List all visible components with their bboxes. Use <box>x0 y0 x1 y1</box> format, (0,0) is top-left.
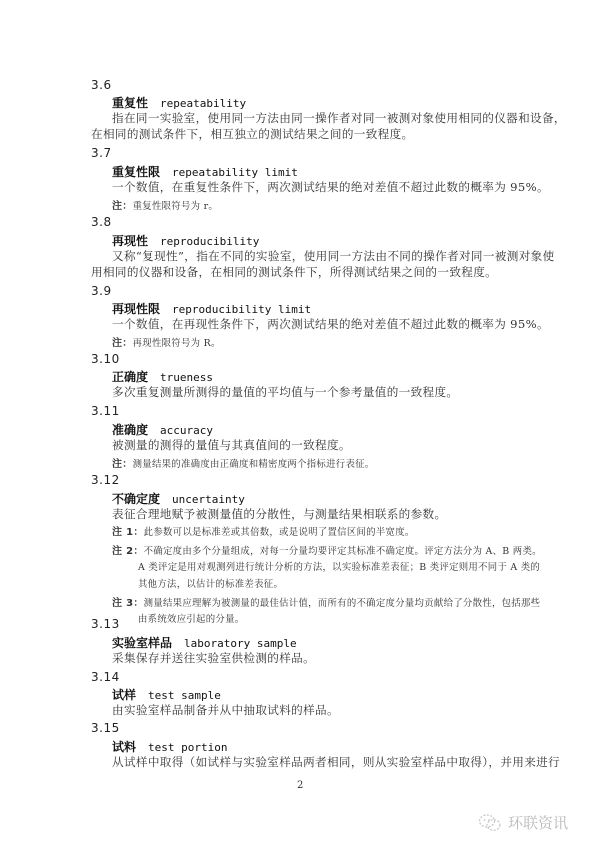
section-number: 3.8 <box>91 215 112 229</box>
note-text: 再现性限符号为 R。 <box>133 338 221 349</box>
term-heading: 正确度trueness <box>112 368 213 385</box>
term-heading: 准确度accuracy <box>112 421 213 438</box>
note-continuation: 由系统效应引起的分量。 <box>138 611 244 625</box>
page-number: 2 <box>297 780 303 791</box>
definition-line: 又称“复现性”，指在不同的实验室，使用同一方法由不同的操作者对同一被测对象使 <box>112 248 555 264</box>
wechat-icon <box>478 814 502 832</box>
term-en: trueness <box>160 371 213 384</box>
term-zh: 再现性限 <box>112 302 160 316</box>
definition-line: 从试样中取得（如试样与实验室样品两者相同，则从实验室样品中取得），并用来进行 <box>112 754 560 770</box>
term-en: uncertainty <box>172 493 245 506</box>
note: 注：测量结果的准确度由正确度和精密度两个指标进行表征。 <box>112 455 375 470</box>
note-continuation: A 类评定是用对观测列进行统计分析的方法，以实验标准差表征；B 类评定则用不同于… <box>138 559 540 573</box>
note-label: 注 1： <box>112 527 144 538</box>
note-label: 注 3： <box>112 598 144 609</box>
term-en: reproducibility <box>160 235 259 248</box>
definition-line: 指在同一实验室，使用同一方法由同一操作者对同一被测对象使用相同的仪器和设备， <box>112 110 566 126</box>
section-number: 3.7 <box>91 146 112 160</box>
term-heading: 试样test sample <box>112 686 221 703</box>
document-page: 3.6 重复性repeatability 指在同一实验室，使用同一方法由同一操作… <box>0 0 600 848</box>
section-number: 3.10 <box>91 352 120 366</box>
term-en: repeatability <box>160 97 246 110</box>
section-number: 3.15 <box>91 721 120 735</box>
note-continuation: 其他方法，以估计的标准差表征。 <box>138 576 283 590</box>
definition-line: 一个数值，在再现性条件下，两次测试结果的绝对差值不超过此数的概率为 95%。 <box>112 316 549 332</box>
section-number: 3.13 <box>91 617 120 631</box>
section-number: 3.9 <box>91 284 112 298</box>
definition-line: 采集保存并送往实验室供检测的样品。 <box>112 650 315 666</box>
term-zh: 试料 <box>112 740 136 754</box>
definition-line: 表征合理地赋予被测量值的分散性，与测量结果相联系的参数。 <box>112 506 446 522</box>
term-heading: 重复性repeatability <box>112 94 246 111</box>
note-text: 不确定度由多个分量组成，对每一分量均要评定其标准不确定度。评定方法分为 A、B … <box>144 546 542 557</box>
term-heading: 试料test portion <box>112 738 228 755</box>
note-label: 注： <box>112 459 133 470</box>
note-text: 测量结果应理解为被测量的最佳估计值，而所有的不确定度分量均贡献给了分散性，包括那… <box>144 598 541 609</box>
section-number: 3.12 <box>91 473 120 487</box>
note-text: 测量结果的准确度由正确度和精密度两个指标进行表征。 <box>133 459 375 470</box>
note-text: 重复性限符号为 r。 <box>133 201 218 212</box>
note: 注 3：测量结果应理解为被测量的最佳估计值，而所有的不确定度分量均贡献给了分散性… <box>112 594 540 609</box>
term-zh: 不确定度 <box>112 492 160 506</box>
term-en: test portion <box>148 741 227 754</box>
term-zh: 再现性 <box>112 234 148 248</box>
definition-line: 在相同的测试条件下，相互独立的测试结果之间的一致程度。 <box>91 126 413 142</box>
section-number: 3.14 <box>91 670 120 684</box>
definition-line: 用相同的仪器和设备，在相同的测试条件下，所得测试结果之间的一致程度。 <box>91 264 497 280</box>
note: 注：重复性限符号为 r。 <box>112 197 218 212</box>
note-label: 注 2： <box>112 546 144 557</box>
note-label: 注： <box>112 201 133 212</box>
term-en: laboratory sample <box>184 637 297 650</box>
term-heading: 再现性reproducibility <box>112 232 259 249</box>
term-en: test sample <box>148 689 221 702</box>
term-en: accuracy <box>160 424 213 437</box>
term-zh: 重复性 <box>112 96 148 110</box>
term-zh: 准确度 <box>112 423 148 437</box>
definition-line: 一个数值，在重复性条件下，两次测试结果的绝对差值不超过此数的概率为 95%。 <box>112 179 549 195</box>
term-zh: 正确度 <box>112 370 148 384</box>
watermark-text: 环联资讯 <box>508 812 568 833</box>
note-text: 此参数可以是标准差或其倍数，或是说明了置信区间的半宽度。 <box>144 527 415 538</box>
term-heading: 重复性限repeatability limit <box>112 163 298 180</box>
note: 注 1：此参数可以是标准差或其倍数，或是说明了置信区间的半宽度。 <box>112 523 415 538</box>
term-heading: 实验室样品laboratory sample <box>112 634 297 651</box>
definition-line: 多次重复测量所测得的量值的平均值与一个参考量值的一致程度。 <box>112 384 458 400</box>
definition-line: 由实验室样品制备并从中抽取试料的样品。 <box>112 702 339 718</box>
note-label: 注： <box>112 338 133 349</box>
term-en: repeatability limit <box>172 166 298 179</box>
term-zh: 试样 <box>112 688 136 702</box>
term-heading: 再现性限reproducibility limit <box>112 300 311 317</box>
term-en: reproducibility limit <box>172 303 311 316</box>
definition-line: 被测量的测得的量值与其真值间的一致程度。 <box>112 437 351 453</box>
note: 注：再现性限符号为 R。 <box>112 334 221 349</box>
note: 注 2：不确定度由多个分量组成，对每一分量均要评定其标准不确定度。评定方法分为 … <box>112 542 542 557</box>
watermark: 环联资讯 <box>478 812 568 833</box>
term-heading: 不确定度uncertainty <box>112 490 245 507</box>
section-number: 3.11 <box>91 404 120 418</box>
section-number: 3.6 <box>91 78 112 92</box>
term-zh: 实验室样品 <box>112 636 172 650</box>
term-zh: 重复性限 <box>112 165 160 179</box>
